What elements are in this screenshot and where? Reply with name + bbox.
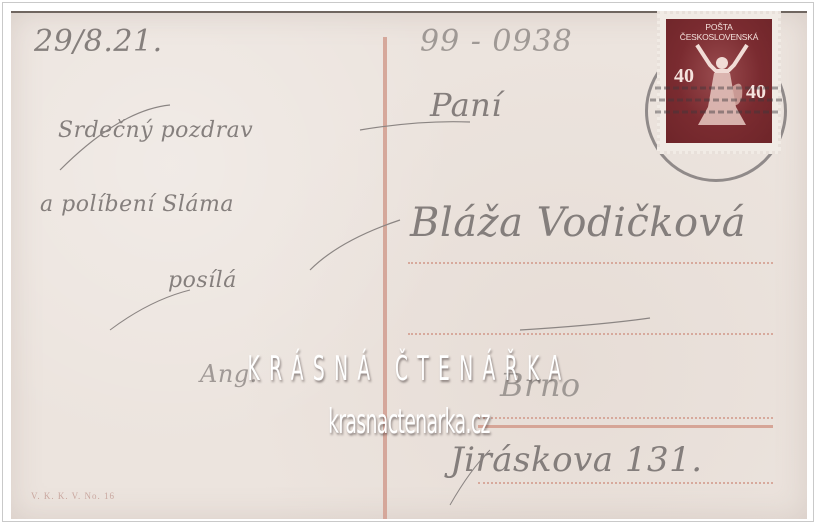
- publisher-mark: V. K. K. V. No. 16: [31, 491, 115, 501]
- message-line-1: Srdečný pozdrav: [58, 118, 253, 143]
- message-line-3: posílá: [168, 268, 237, 293]
- address-salutation: Paní: [430, 86, 502, 124]
- watermark-url: krasnactenarka.cz: [184, 402, 634, 442]
- watermark-title: KRÁSNÁ ČTENÁŘKA: [184, 349, 634, 389]
- address-name: Bláža Vodičková: [410, 200, 746, 246]
- address-line-2: [408, 333, 773, 335]
- handwritten-date: 29/8.21.: [34, 24, 163, 59]
- message-line-2: a políbení Sláma: [40, 192, 234, 217]
- address-line-4: [478, 482, 773, 484]
- center-divider-line: [383, 37, 387, 519]
- handwritten-catalog-number: 99 - 0938: [420, 24, 573, 59]
- address-street: Jiráskova 131.: [450, 440, 703, 480]
- postmark-cancel-bars: [650, 80, 785, 120]
- address-line-1: [408, 262, 773, 264]
